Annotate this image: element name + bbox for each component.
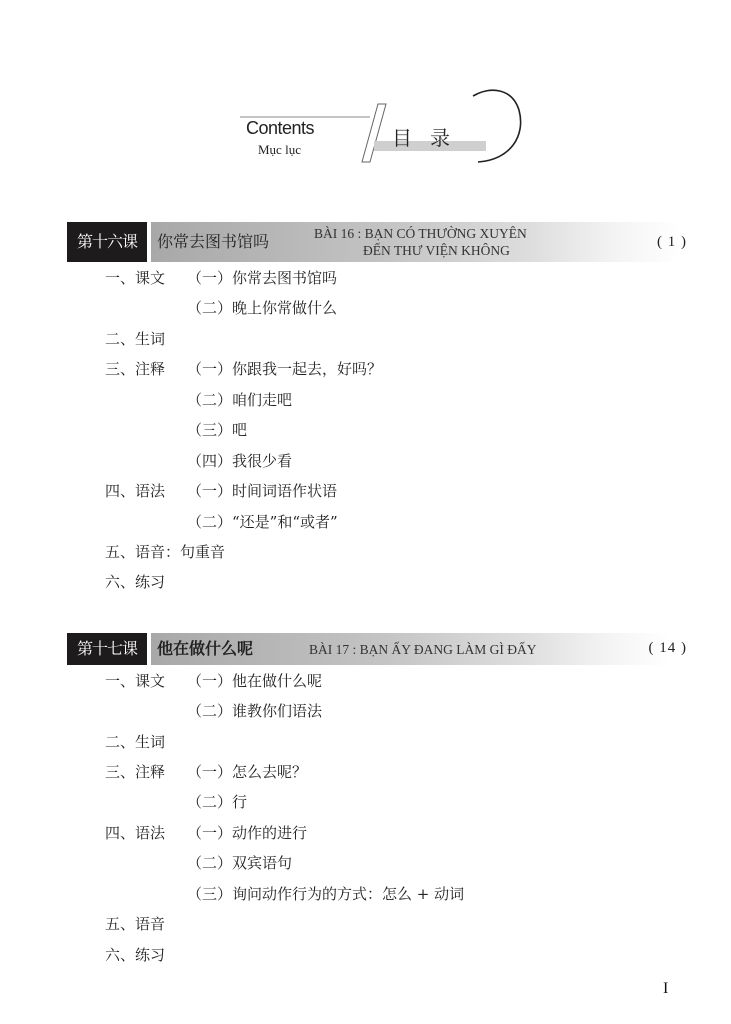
subsection-label: （二）双宾语句	[187, 853, 292, 873]
contents-title-zh: 目录	[392, 122, 468, 151]
lesson-17-header[interactable]: 第十七课 他在做什么呢 BÀI 17 : BẠN ẤY ĐANG LÀM GÌ …	[67, 633, 687, 669]
section-label: 六、练习	[105, 572, 165, 592]
lesson-title-vi-line2: ĐẾN THƯ VIỆN KHÔNG	[363, 242, 510, 259]
section-label: 六、练习	[105, 945, 165, 965]
section-label: 三、注释	[105, 359, 165, 379]
section-label: 四、语法	[105, 481, 165, 501]
lesson-title-vi-line1: BÀI 17 : BẠN ẤY ĐANG LÀM GÌ ĐẤY	[309, 641, 537, 658]
subsection-label: （二）咱们走吧	[187, 390, 292, 410]
subsection-label: （一）怎么去呢？	[187, 762, 307, 782]
section-label: 五、语音：句重音	[105, 542, 225, 562]
contents-title-vi: Mục lục	[258, 142, 301, 158]
subsection-label: （二）“还是”和“或者”	[187, 512, 338, 532]
lesson-title-band: 你常去图书馆吗 BÀI 16 : BẠN CÓ THƯỜNG XUYÊN ĐẾN…	[151, 222, 681, 262]
section-label: 二、生词	[105, 732, 165, 752]
contents-title-en: Contents	[246, 118, 314, 139]
section-label: 二、生词	[105, 329, 165, 349]
section-label: 三、注释	[105, 762, 165, 782]
section-label: 一、课文	[105, 671, 165, 691]
lesson-title-band: 他在做什么呢 BÀI 17 : BẠN ẤY ĐANG LÀM GÌ ĐẤY	[151, 633, 671, 665]
lesson-page-ref: ( 14 )	[649, 640, 688, 657]
subsection-label: （一）动作的进行	[187, 823, 307, 843]
page-number: I	[663, 980, 668, 998]
subsection-label: （一）时间词语作状语	[187, 481, 337, 501]
lesson-number-label: 第十六课	[67, 222, 147, 262]
subsection-label: （一）你跟我一起去，好吗？	[187, 359, 382, 379]
contents-logo: Contents Mục lục 目录	[230, 80, 530, 180]
section-label: 一、课文	[105, 268, 165, 288]
subsection-label: （四）我很少看	[187, 451, 292, 471]
lesson-16-header[interactable]: 第十六课 你常去图书馆吗 BÀI 16 : BẠN CÓ THƯỜNG XUYÊ…	[67, 222, 687, 262]
subsection-label: （二）晚上你常做什么	[187, 298, 337, 318]
subsection-label: （一）你常去图书馆吗	[187, 268, 337, 288]
subsection-label: （一）他在做什么呢	[187, 671, 322, 691]
lesson-title-vi-line1: BÀI 16 : BẠN CÓ THƯỜNG XUYÊN	[314, 225, 527, 242]
lesson-title-zh: 他在做什么呢	[157, 633, 253, 665]
subsection-label: （二）谁教你们语法	[187, 701, 322, 721]
lesson-number-label: 第十七课	[67, 633, 147, 665]
lesson-page-ref: ( 1 )	[657, 234, 687, 251]
subsection-label: （三）吧	[187, 420, 247, 440]
section-label: 五、语音	[105, 914, 165, 934]
lesson-title-zh: 你常去图书馆吗	[157, 222, 269, 262]
subsection-label: （三）询问动作行为的方式：怎么 + 动词	[187, 884, 464, 904]
section-label: 四、语法	[105, 823, 165, 843]
subsection-label: （二）行	[187, 792, 247, 812]
